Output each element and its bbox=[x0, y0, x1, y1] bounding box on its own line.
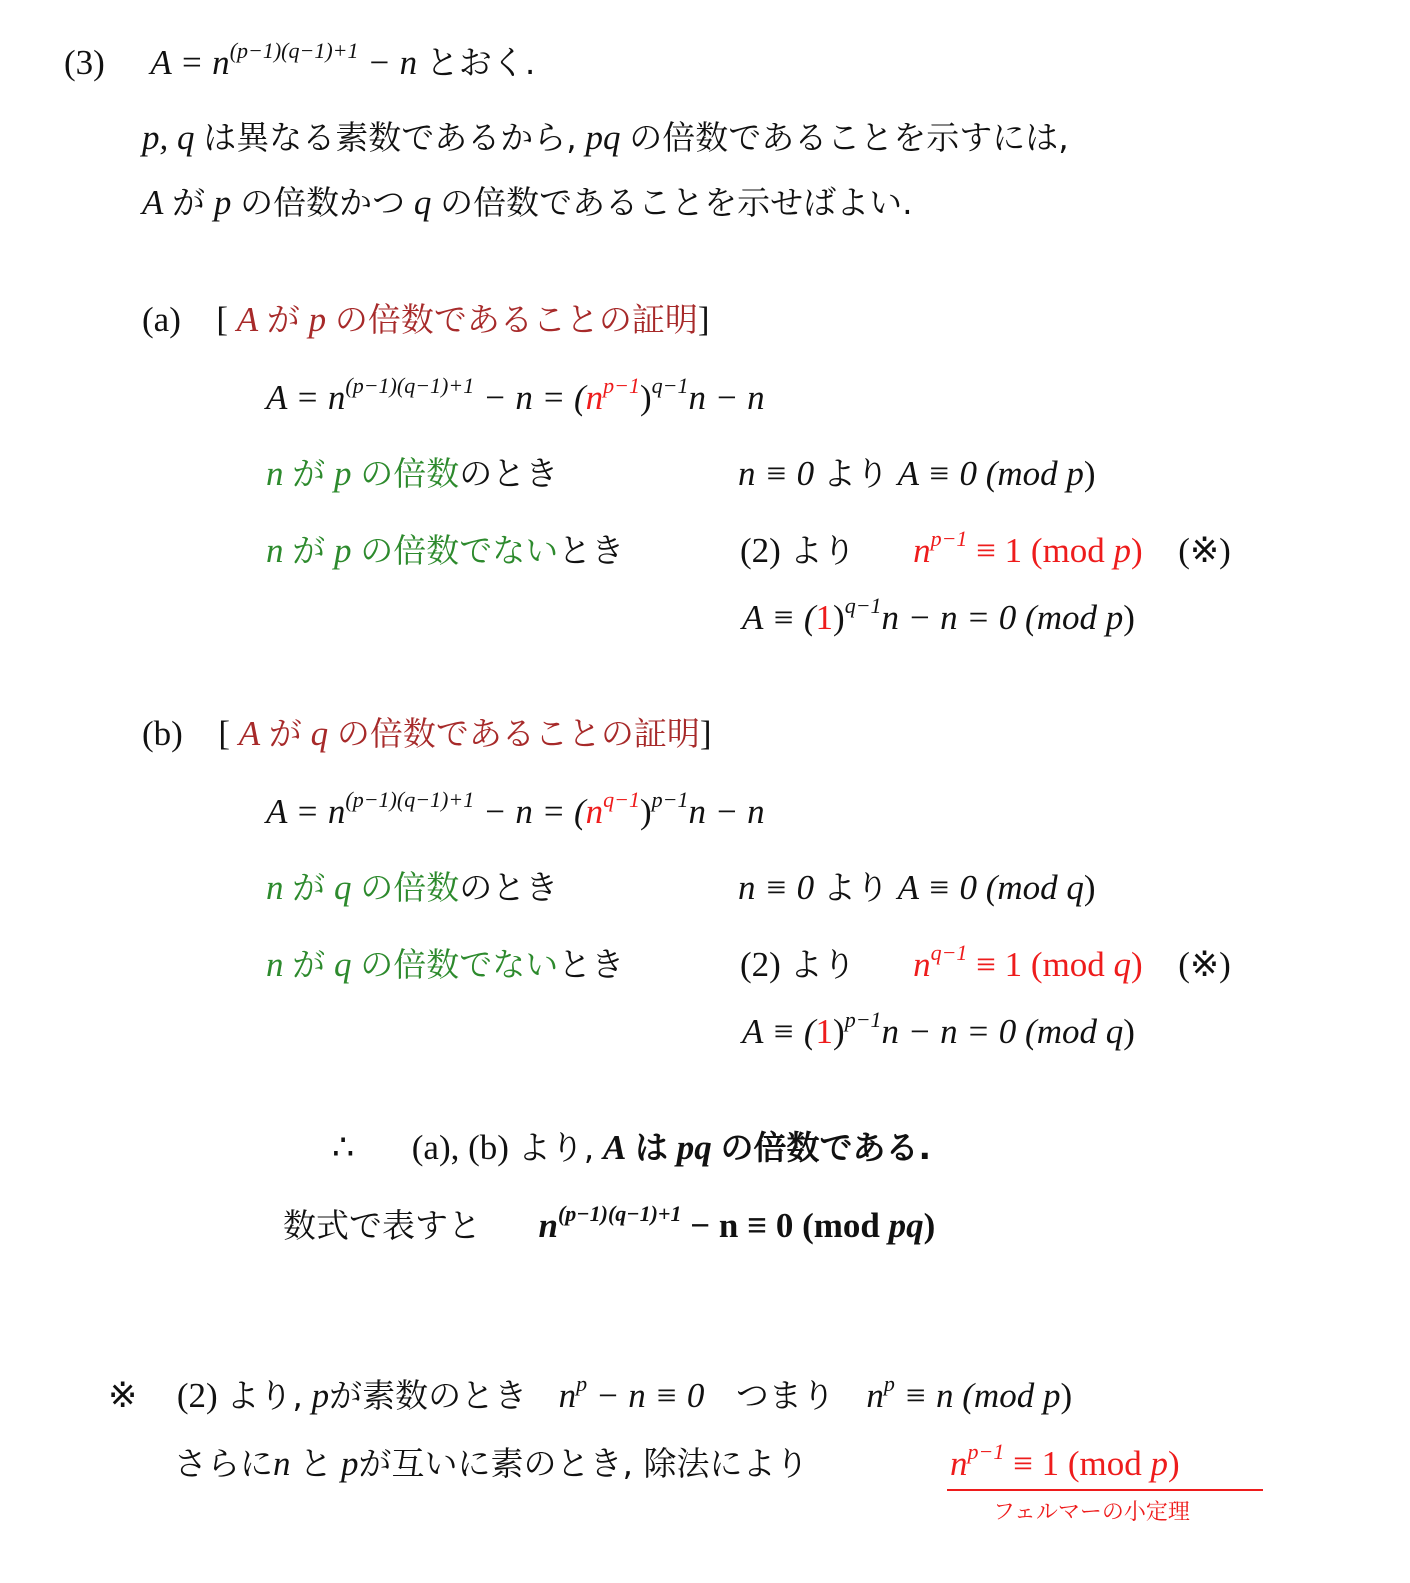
var-p: p bbox=[1106, 598, 1124, 637]
var-q: q bbox=[334, 945, 352, 984]
eq-base: n bbox=[866, 1376, 884, 1415]
eq-lhs: A = n bbox=[266, 378, 345, 417]
refs: (a), (b) bbox=[412, 1128, 509, 1167]
part-b-case-1: n が q の倍数のとき bbox=[266, 870, 558, 905]
conclusion-line-1: ∴ (a), (b) より, A は pq の倍数である. bbox=[332, 1130, 931, 1165]
red-rest: ≡ 1 (mod bbox=[967, 945, 1113, 984]
part-b-case-2-result: (2) より nq−1 ≡ 1 (mod q) (※) bbox=[740, 947, 1231, 982]
ref: (2) bbox=[740, 531, 781, 570]
result-c: A ≡ 0 (mod bbox=[898, 868, 1067, 907]
eq-tail: n − n bbox=[689, 792, 765, 831]
fermat-theorem-label: フェルマーの小定理 bbox=[993, 1502, 1190, 1524]
part-a-case-2-result: (2) より np−1 ≡ 1 (mod p) (※) bbox=[740, 533, 1231, 568]
paren: ) bbox=[1131, 531, 1143, 570]
note-line-1: ※ (2) より, pが素数のとき np − n ≡ 0 つまり np ≡ n … bbox=[108, 1378, 1072, 1413]
red-exp: p−1 bbox=[968, 1439, 1005, 1464]
text: より bbox=[823, 868, 889, 907]
var-q: q bbox=[414, 183, 432, 222]
part-b-label: (b) bbox=[142, 714, 183, 753]
var-q: q bbox=[311, 714, 329, 753]
text: のとき bbox=[459, 868, 558, 907]
var-p: p bbox=[309, 300, 327, 339]
part-a-case-1: n が p の倍数のとき bbox=[266, 456, 558, 491]
text: より, bbox=[226, 1376, 303, 1415]
part-a-label: (a) bbox=[142, 300, 181, 339]
bracket-open: [ bbox=[218, 714, 230, 753]
text: が bbox=[269, 714, 302, 753]
eq-exp: (p−1)(q−1)+1 bbox=[345, 787, 474, 812]
red-base: n bbox=[950, 1444, 968, 1483]
text: は bbox=[635, 1128, 668, 1167]
part-a-case-2-line-2: A ≡ (1)q−1n − n = 0 (mod p) bbox=[742, 600, 1135, 635]
eq-mid: − n = ( bbox=[474, 792, 585, 831]
ref: (2) bbox=[740, 945, 781, 984]
paren: ) bbox=[1123, 1012, 1135, 1051]
var-p: p bbox=[1043, 1376, 1061, 1415]
part-a-case-1-result: n ≡ 0 より A ≡ 0 (mod p) bbox=[738, 456, 1096, 491]
var-n: n bbox=[266, 868, 284, 907]
eq-exp: p bbox=[884, 1371, 895, 1396]
intro-line-2: p, q は異なる素数であるから, pq の倍数であることを示すには, bbox=[142, 120, 1069, 155]
formula-exp: (p−1)(q−1)+1 bbox=[558, 1201, 682, 1226]
text: とき bbox=[558, 531, 624, 570]
text: より bbox=[790, 531, 856, 570]
var-p: p bbox=[1114, 531, 1132, 570]
paren: ) bbox=[1123, 598, 1135, 637]
var-p: p bbox=[334, 454, 352, 493]
var-q: q bbox=[1066, 868, 1084, 907]
var-pq: pq bbox=[586, 118, 621, 157]
text: が互いに素のとき, 除法により bbox=[359, 1444, 809, 1483]
eq-lhs: A = n bbox=[266, 792, 345, 831]
condition-text: の倍数 bbox=[360, 868, 459, 907]
text: が bbox=[292, 531, 325, 570]
paren: ) bbox=[833, 598, 845, 637]
var-p: p bbox=[1066, 454, 1084, 493]
condition-text: の倍数 bbox=[360, 454, 459, 493]
var-A: A bbox=[237, 300, 258, 339]
var-A: A bbox=[239, 714, 260, 753]
var-pq: pq bbox=[677, 1128, 712, 1167]
bracket-open: [ bbox=[216, 300, 228, 339]
red-rest: ≡ 1 (mod bbox=[967, 531, 1113, 570]
part-a-heading: (a) [ A が p の倍数であることの証明] bbox=[142, 302, 710, 337]
fermat-underline bbox=[947, 1489, 1263, 1491]
result-c: A ≡ 0 (mod bbox=[898, 454, 1067, 493]
red-rest: ≡ 1 (mod bbox=[1004, 1444, 1150, 1483]
part-b-case-1-result: n ≡ 0 より A ≡ 0 (mod q) bbox=[738, 870, 1096, 905]
red-base: n bbox=[913, 531, 931, 570]
red-one: 1 bbox=[816, 1012, 834, 1051]
expr: n − n = 0 (mod bbox=[882, 1012, 1106, 1051]
var-q: q bbox=[334, 868, 352, 907]
note-mark: (※) bbox=[1178, 531, 1231, 570]
part-a-case-2: n が p の倍数でないとき bbox=[266, 533, 624, 568]
therefore-symbol: ∴ bbox=[332, 1128, 354, 1167]
red-one: 1 bbox=[816, 598, 834, 637]
vars-pq: p, q bbox=[142, 118, 195, 157]
def-rhs: − n bbox=[359, 43, 418, 82]
ref: (2) bbox=[177, 1376, 218, 1415]
text: が bbox=[172, 183, 205, 222]
paren: ) bbox=[640, 792, 652, 831]
def-exponent: (p−1)(q−1)+1 bbox=[230, 38, 359, 63]
paren: ) bbox=[1060, 1376, 1072, 1415]
red-exp: q−1 bbox=[931, 940, 968, 965]
result-a: n ≡ 0 bbox=[738, 454, 814, 493]
var-n: n bbox=[266, 454, 284, 493]
text: と bbox=[299, 1444, 332, 1483]
text: さらに bbox=[174, 1444, 273, 1483]
note-line-2: さらにn と pが互いに素のとき, 除法により bbox=[174, 1446, 808, 1481]
eq-base: n bbox=[559, 1376, 577, 1415]
var-p: p bbox=[214, 183, 232, 222]
problem-label: (3) bbox=[64, 43, 105, 82]
red-exp: p−1 bbox=[931, 526, 968, 551]
conclusion-text: の倍数である. bbox=[721, 1128, 932, 1167]
exp: p−1 bbox=[845, 1007, 882, 1032]
eq-red-base: n bbox=[586, 378, 604, 417]
var-q: q bbox=[1106, 1012, 1124, 1051]
conclusion-line-2: 数式で表すと n(p−1)(q−1)+1 − n ≡ 0 (mod pq) bbox=[283, 1208, 935, 1243]
expr: A ≡ ( bbox=[742, 598, 816, 637]
text: のとき bbox=[459, 454, 558, 493]
eq-rest: ≡ n (mod bbox=[895, 1376, 1043, 1415]
part-b-case-2-line-2: A ≡ (1)p−1n − n = 0 (mod q) bbox=[742, 1014, 1135, 1049]
intro-line-3: A が p の倍数かつ q の倍数であることを示せばよい. bbox=[142, 185, 913, 220]
var-A: A bbox=[142, 183, 163, 222]
var-n: n bbox=[273, 1444, 291, 1483]
eq-outer-exp: q−1 bbox=[652, 373, 689, 398]
formula-rest: − n ≡ 0 (mod bbox=[681, 1206, 888, 1245]
intro-definition: (3) A = n(p−1)(q−1)+1 − n とおく. bbox=[64, 45, 535, 80]
paren: ) bbox=[1168, 1444, 1180, 1483]
paren: ) bbox=[1084, 868, 1096, 907]
var-pq: pq bbox=[889, 1206, 924, 1245]
note-mark: (※) bbox=[1178, 945, 1231, 984]
def-tail: とおく. bbox=[426, 43, 536, 82]
text: の倍数かつ bbox=[240, 183, 405, 222]
var-p: p bbox=[341, 1444, 359, 1483]
part-b-equation: A = n(p−1)(q−1)+1 − n = (nq−1)p−1n − n bbox=[266, 794, 765, 829]
condition-text: の倍数でない bbox=[360, 531, 558, 570]
eq-exp: (p−1)(q−1)+1 bbox=[345, 373, 474, 398]
text: とき bbox=[558, 945, 624, 984]
var-n: n bbox=[266, 945, 284, 984]
var-p: p bbox=[334, 531, 352, 570]
exp: q−1 bbox=[845, 593, 882, 618]
var-n: n bbox=[266, 531, 284, 570]
bracket-close: ] bbox=[698, 300, 710, 339]
text: が bbox=[267, 300, 300, 339]
condition-text: の倍数でない bbox=[360, 945, 558, 984]
text: の倍数であることを示すには, bbox=[629, 118, 1069, 157]
formula-label: 数式で表すと bbox=[283, 1206, 481, 1245]
paren: ) bbox=[1084, 454, 1096, 493]
eq-red-exp: q−1 bbox=[603, 787, 640, 812]
heading-text: の倍数であることの証明 bbox=[337, 714, 700, 753]
var-p: p bbox=[1150, 1444, 1168, 1483]
text: の倍数であることを示せばよい. bbox=[440, 183, 913, 222]
result-a: n ≡ 0 bbox=[738, 868, 814, 907]
eq-tail: n − n bbox=[689, 378, 765, 417]
var-p: p bbox=[312, 1376, 330, 1415]
part-b-heading: (b) [ A が q の倍数であることの証明] bbox=[142, 716, 712, 751]
paren: ) bbox=[1131, 945, 1143, 984]
note-mark: ※ bbox=[108, 1376, 137, 1415]
bracket-close: ] bbox=[700, 714, 712, 753]
text: つまり bbox=[736, 1376, 835, 1415]
var-q: q bbox=[1114, 945, 1132, 984]
heading-text: の倍数であることの証明 bbox=[335, 300, 698, 339]
eq-rest: − n ≡ 0 bbox=[587, 1376, 704, 1415]
red-base: n bbox=[913, 945, 931, 984]
formula-base: n bbox=[539, 1206, 558, 1245]
part-a-equation: A = n(p−1)(q−1)+1 − n = (np−1)q−1n − n bbox=[266, 380, 765, 415]
eq-exp: p bbox=[576, 1371, 587, 1396]
paren: ) bbox=[924, 1206, 936, 1245]
text: より bbox=[823, 454, 889, 493]
text: が bbox=[292, 454, 325, 493]
text: は異なる素数であるから, bbox=[203, 118, 577, 157]
paren: ) bbox=[640, 378, 652, 417]
expr: A ≡ ( bbox=[742, 1012, 816, 1051]
eq-outer-exp: p−1 bbox=[652, 787, 689, 812]
def-lhs: A = n bbox=[150, 43, 229, 82]
eq-mid: − n = ( bbox=[474, 378, 585, 417]
fermat-formula: np−1 ≡ 1 (mod p) bbox=[950, 1446, 1180, 1481]
text: が素数のとき bbox=[329, 1376, 527, 1415]
text: より bbox=[790, 945, 856, 984]
var-A: A bbox=[603, 1128, 626, 1167]
eq-red-exp: p−1 bbox=[603, 373, 640, 398]
part-b-case-2: n が q の倍数でないとき bbox=[266, 947, 624, 982]
eq-red-base: n bbox=[586, 792, 604, 831]
expr: n − n = 0 (mod bbox=[882, 598, 1106, 637]
text: が bbox=[292, 945, 325, 984]
text: より, bbox=[518, 1128, 595, 1167]
paren: ) bbox=[833, 1012, 845, 1051]
text: が bbox=[292, 868, 325, 907]
